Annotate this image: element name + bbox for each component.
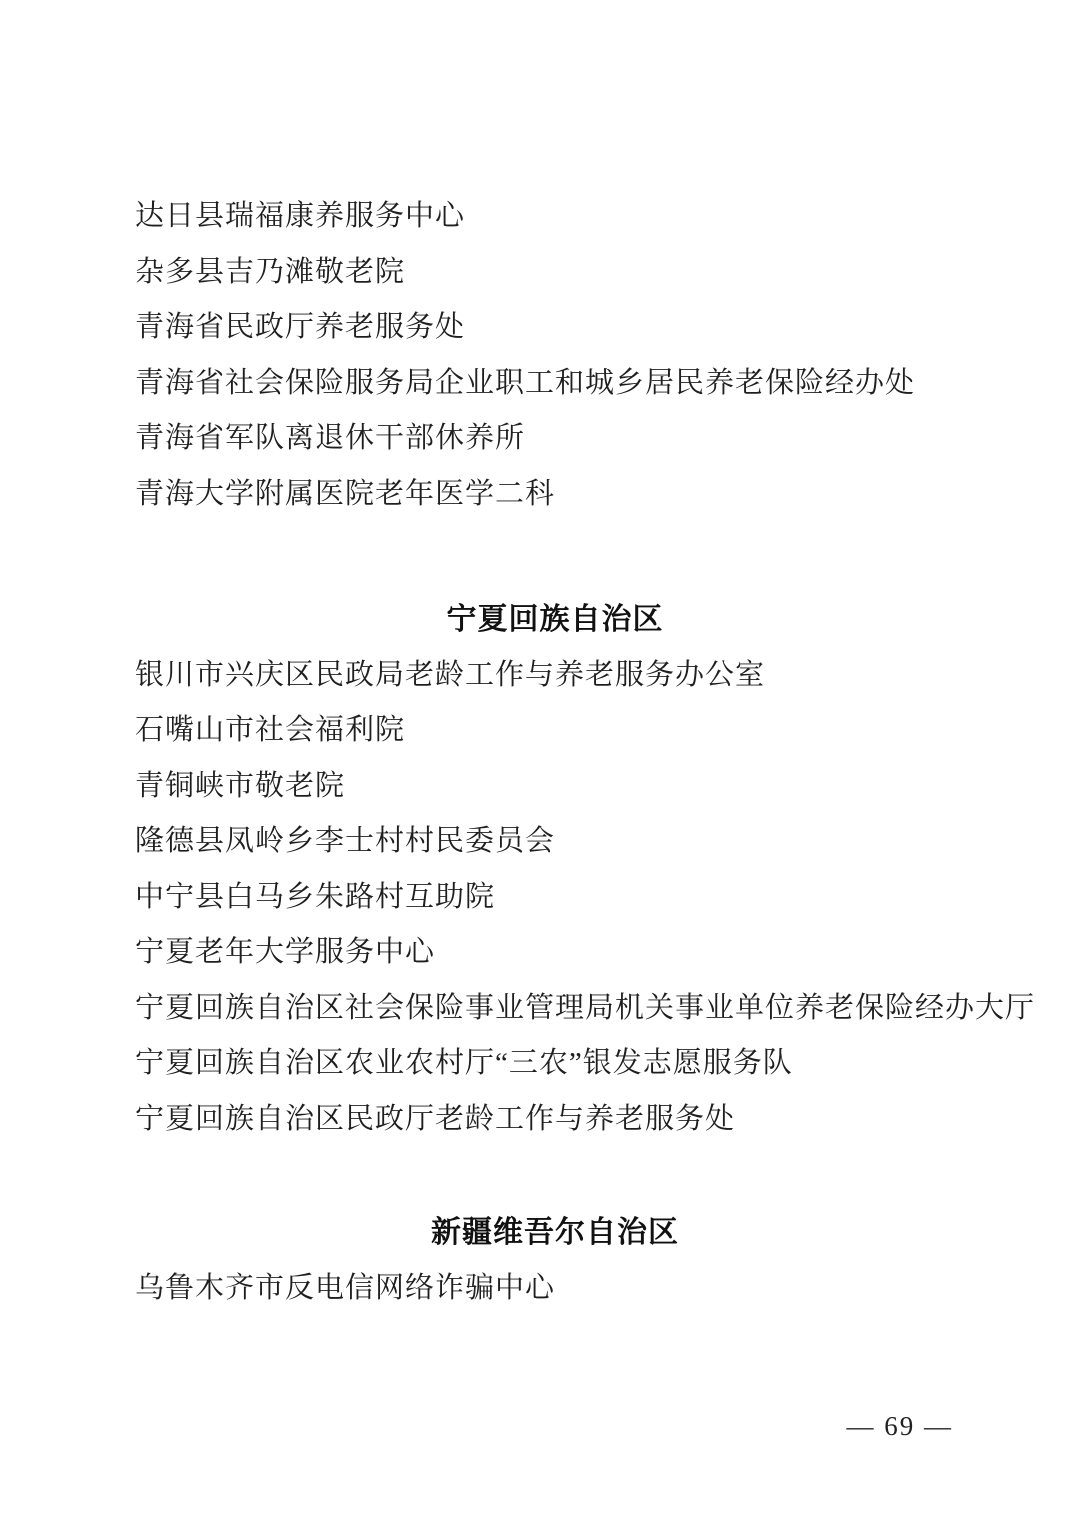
section-xinjiang: 新疆维吾尔自治区 乌鲁木齐市反电信网络诈骗中心 [135,1205,975,1316]
list-item: 青海省军队离退休干部休养所 [135,411,975,467]
list-item: 银川市兴庆区民政局老龄工作与养老服务办公室 [135,648,975,704]
list-item: 青海省社会保险服务局企业职工和城乡居民养老保险经办处 [135,356,975,412]
list-item: 青海省民政厅养老服务处 [135,300,975,356]
list-item: 杂多县吉乃滩敬老院 [135,245,975,301]
page-number: — 69 — [847,1406,954,1446]
section-heading-ningxia: 宁夏回族自治区 [135,592,975,648]
document-content: 达日县瑞福康养服务中心 杂多县吉乃滩敬老院 青海省民政厅养老服务处 青海省社会保… [135,189,975,1316]
list-item: 青海大学附属医院老年医学二科 [135,467,975,523]
list-item: 隆德县凤岭乡李士村村民委员会 [135,814,975,870]
list-item: 宁夏回族自治区民政厅老龄工作与养老服务处 [135,1092,975,1148]
list-item: 达日县瑞福康养服务中心 [135,189,975,245]
list-item: 宁夏回族自治区农业农村厅“三农”银发志愿服务队 [135,1036,975,1092]
document-page: 达日县瑞福康养服务中心 杂多县吉乃滩敬老院 青海省民政厅养老服务处 青海省社会保… [0,0,1080,1527]
list-item: 中宁县白马乡朱路村互助院 [135,870,975,926]
section-heading-xinjiang: 新疆维吾尔自治区 [135,1205,975,1261]
list-item: 宁夏老年大学服务中心 [135,925,975,981]
section-ningxia: 宁夏回族自治区 银川市兴庆区民政局老龄工作与养老服务办公室 石嘴山市社会福利院 … [135,592,975,1147]
page-number-text: — 69 — [847,1411,954,1441]
list-item: 乌鲁木齐市反电信网络诈骗中心 [135,1261,975,1317]
list-item: 宁夏回族自治区社会保险事业管理局机关事业单位养老保险经办大厅 [135,981,975,1037]
list-item: 石嘴山市社会福利院 [135,703,975,759]
list-item: 青铜峡市敬老院 [135,759,975,815]
section-qinghai: 达日县瑞福康养服务中心 杂多县吉乃滩敬老院 青海省民政厅养老服务处 青海省社会保… [135,189,975,522]
